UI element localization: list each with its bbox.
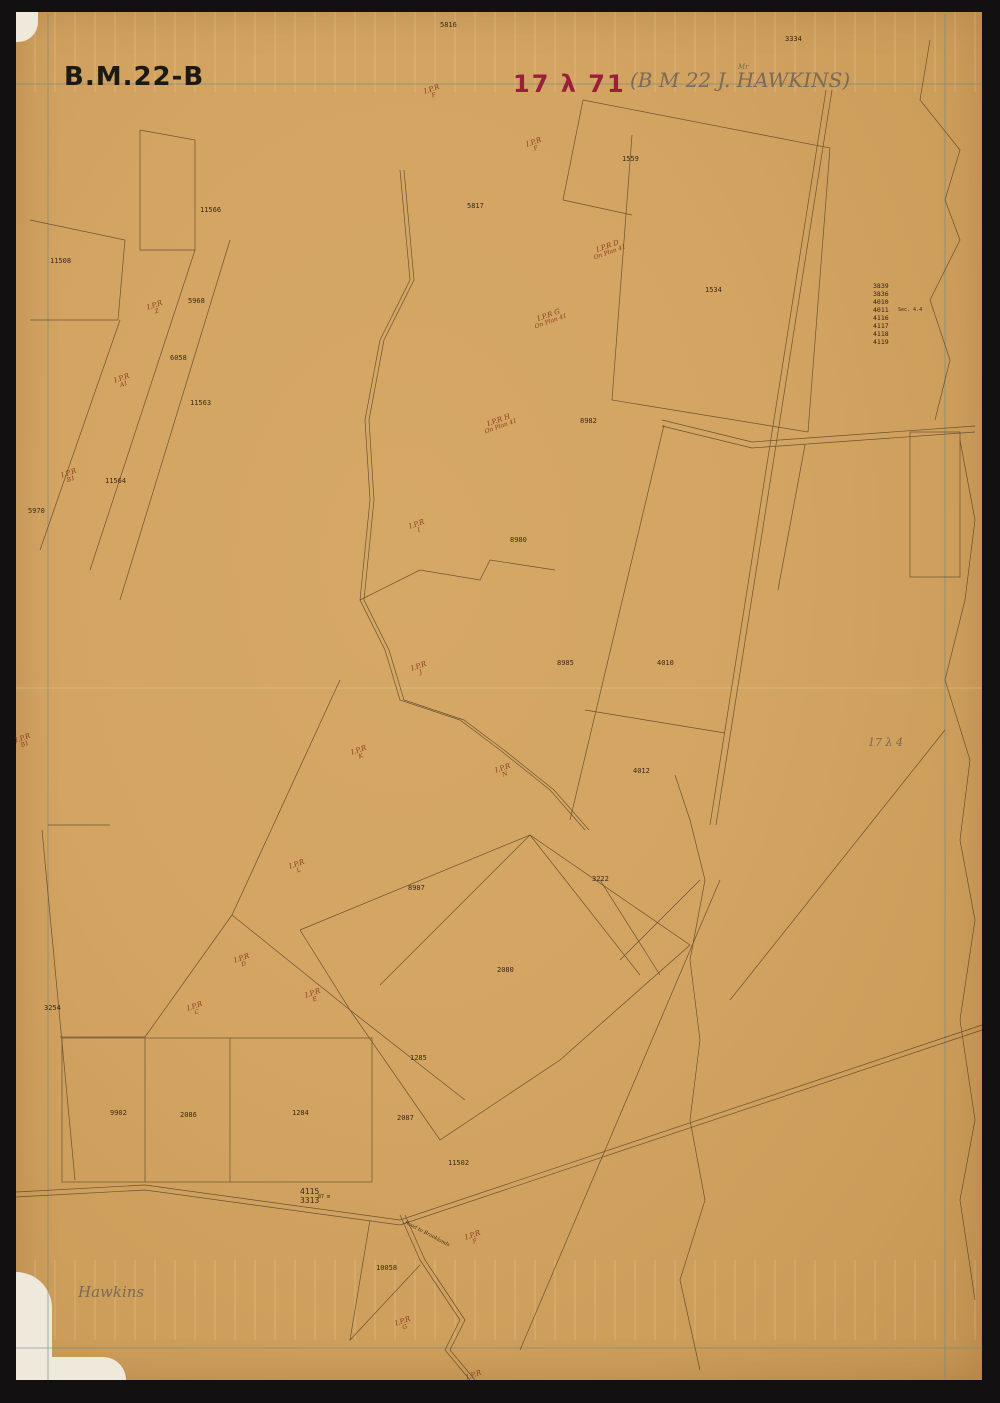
lot-number: 8987 bbox=[408, 885, 425, 892]
lot-list-item: 4117 bbox=[873, 322, 889, 330]
lot-list-item: 4010 bbox=[873, 298, 889, 306]
lot-list-item: 3836 bbox=[873, 290, 889, 298]
lot-number: 3334 bbox=[785, 36, 802, 43]
lot-number: 11508 bbox=[50, 258, 71, 265]
pencil-note: (B M 22 J. HAWKINS) bbox=[630, 70, 850, 90]
margin-note: 17 λ 4 bbox=[868, 737, 903, 748]
lot-number: 3222 bbox=[592, 876, 609, 883]
lot-list-note: Sec. 4.4 bbox=[898, 308, 922, 313]
lot-number: 8982 bbox=[580, 418, 597, 425]
lot-number: 10058 bbox=[376, 1265, 397, 1272]
sheet-id: B.M.22-B bbox=[64, 64, 204, 90]
survey-linework bbox=[0, 0, 1000, 1403]
lot-number: 3254 bbox=[44, 1005, 61, 1012]
lot-number: 5816 bbox=[440, 22, 457, 29]
lot-list-item: 4011 bbox=[873, 306, 889, 314]
lot-number: 1285 bbox=[410, 1055, 427, 1062]
lot-number: 1284 bbox=[292, 1110, 309, 1117]
lot-list-item: 4116 bbox=[873, 314, 889, 322]
lot-number: 2087 bbox=[397, 1115, 414, 1122]
lot-number: 11566 bbox=[200, 207, 221, 214]
lot-number: 9902 bbox=[110, 1110, 127, 1117]
lot-list-item: 3839 bbox=[873, 282, 889, 290]
lot-number: 8980 bbox=[510, 537, 527, 544]
lot-number: 11564 bbox=[105, 478, 126, 485]
lot-number: 11502 bbox=[448, 1160, 469, 1167]
lot-number: 1534 bbox=[705, 287, 722, 294]
lot-number: 5970 bbox=[28, 508, 45, 515]
lot-list-item: 4119 bbox=[873, 338, 889, 346]
pencil-note-sup: Mr bbox=[738, 64, 749, 71]
lot-number: 8985 bbox=[557, 660, 574, 667]
lot-number: 6058 bbox=[170, 355, 187, 362]
road-area-suffix: 87 m bbox=[318, 1195, 330, 1200]
lot-number: 4012 bbox=[633, 768, 650, 775]
lot-number: 1559 bbox=[622, 156, 639, 163]
lot-number: 5968 bbox=[188, 298, 205, 305]
lot-list-item: 4118 bbox=[873, 330, 889, 338]
lot-number: 11563 bbox=[190, 400, 211, 407]
sheet-stamp: 17 λ 71 bbox=[513, 72, 626, 96]
lot-list: 3839 3836 4010 4011 4116 4117 4118 4119 bbox=[873, 282, 889, 346]
lot-number: 4010 bbox=[657, 660, 674, 667]
lot-number: 2086 bbox=[180, 1112, 197, 1119]
road-area-label: 4115 3313 bbox=[300, 1187, 319, 1205]
lot-number: 2080 bbox=[497, 967, 514, 974]
lot-number: 5817 bbox=[467, 203, 484, 210]
signature: Hawkins bbox=[78, 1285, 144, 1300]
